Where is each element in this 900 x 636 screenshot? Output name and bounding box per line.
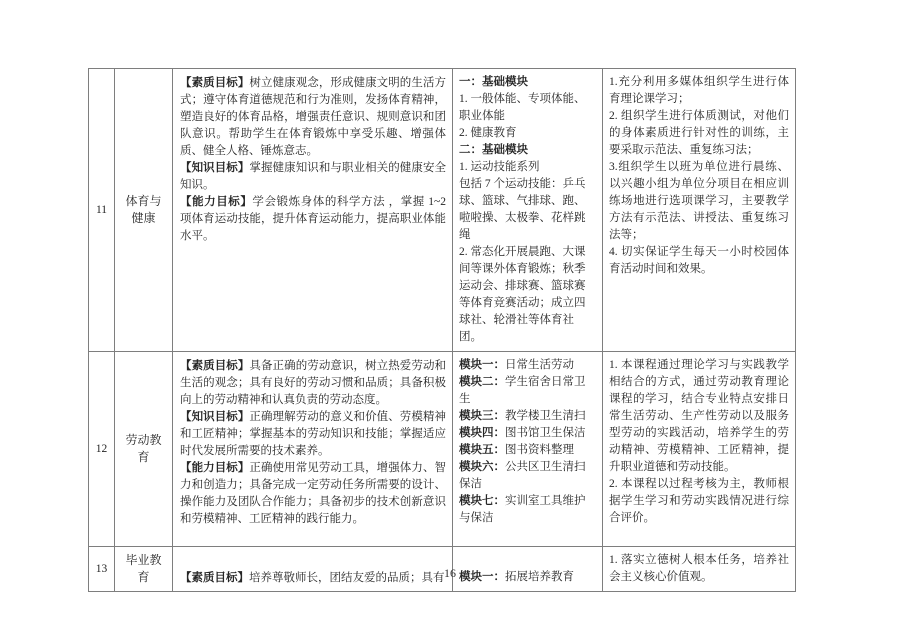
goal-paragraph: 【素质目标】具备正确的劳动意识，树立热爱劳动和生活的观念；具有良好的劳动习惯和品… [180,358,446,409]
methods-cell: 1. 本课程通过理论学习与实践教学相结合的方式，通过劳动教育理论课程的学习，结合… [603,352,796,547]
module-line: 2. 常态化开展晨跑、大课间等课外体育锻炼；秋季运动会、排球赛、篮球赛等体育竞赛… [459,244,596,346]
module-label: 二：基础模块 [459,144,528,156]
module-label: 模块三： [459,410,505,422]
method-paragraph: 1.充分利用多媒体组织学生进行体育理论课学习； [609,74,789,108]
goal-label: 【能力目标】 [180,462,249,474]
methods-cell: 1.充分利用多媒体组织学生进行体育理论课学习； 2. 组织学生进行体质测试，对他… [603,69,796,352]
module-label: 模块七： [459,495,505,507]
goal-paragraph: 【知识目标】掌握健康知识和与职业相关的健康安全知识。 [180,160,446,194]
module-line: 1. 一般体能、专项体能、职业体能 [459,91,596,125]
goal-paragraph: 【能力目标】正确使用常见劳动工具，增强体力、智力和创造力；具备完成一定劳动任务所… [180,460,446,528]
module-line: 1. 运动技能系列 [459,159,596,176]
module-text: 2. 常态化开展晨跑、大课间等课外体育锻炼；秋季运动会、排球赛、篮球赛等体育竞赛… [459,246,586,343]
module-text: 日常生活劳动 [505,359,574,371]
goal-label: 【素质目标】 [180,77,249,89]
module-line: 模块三：教学楼卫生清扫 [459,408,596,425]
goals-cell: 【素质目标】具备正确的劳动意识，树立热爱劳动和生活的观念；具有良好的劳动习惯和品… [173,352,453,547]
module-label: 模块一： [459,359,505,371]
table-row: 11 体育与健康 【素质目标】树立健康观念，形成健康文明的生活方式；遵守体育道德… [89,69,796,352]
method-paragraph: 2. 组织学生进行体质测试，对他们的身体素质进行针对性的训练，主要采取示范法、重… [609,108,789,159]
page-number: 16 [0,566,900,581]
module-line: 模块五：图书资料整理 [459,442,596,459]
module-label: 一：基础模块 [459,76,528,88]
module-label: 模块二： [459,376,505,388]
goals-cell: 【素质目标】树立健康观念，形成健康文明的生活方式；遵守体育道德规范和行为准则，发… [173,69,453,352]
module-text: 1. 运动技能系列 [459,161,540,173]
goal-text: 树立健康观念，形成健康文明的生活方式；遵守体育道德规范和行为准则，发扬体育精神，… [180,77,446,157]
module-label: 模块六： [459,461,505,473]
method-paragraph: 1. 本课程通过理论学习与实践教学相结合的方式，通过劳动教育理论课程的学习，结合… [609,357,789,476]
goal-label: 【能力目标】 [180,196,252,208]
curriculum-table: 11 体育与健康 【素质目标】树立健康观念，形成健康文明的生活方式；遵守体育道德… [88,68,796,592]
module-line: 模块六：公共区卫生清扫保洁 [459,459,596,493]
method-paragraph: 4. 切实保证学生每天一小时校园体育活动时间和效果。 [609,244,789,278]
goal-label: 【知识目标】 [180,411,249,423]
module-text: 图书馆卫生保洁 [505,427,586,439]
module-line: 模块一：日常生活劳动 [459,357,596,374]
course-name-cell: 劳动教育 [115,352,173,547]
goal-label: 【知识目标】 [180,162,249,174]
table-row: 12 劳动教育 【素质目标】具备正确的劳动意识，树立热爱劳动和生活的观念；具有良… [89,352,796,547]
module-line: 包括 7 个运动技能：乒乓球、篮球、气排球、跑、啦啦操、太极拳、花样跳绳 [459,176,596,244]
module-text: 2. 健康教育 [459,127,517,139]
module-text: 1. 一般体能、专项体能、职业体能 [459,93,586,122]
module-label: 模块五： [459,444,505,456]
goal-paragraph: 【素质目标】树立健康观念，形成健康文明的生活方式；遵守体育道德规范和行为准则，发… [180,75,446,160]
row-number-cell: 11 [89,69,115,352]
method-paragraph: 2. 本课程以过程考核为主，教师根据学生学习和劳动实践情况进行综合评价。 [609,476,789,527]
module-line: 一：基础模块 [459,74,596,91]
module-text: 图书资料整理 [505,444,574,456]
module-text: 教学楼卫生清扫 [505,410,586,422]
goal-label: 【素质目标】 [180,360,249,372]
course-name-cell: 体育与健康 [115,69,173,352]
method-paragraph: 3.组织学生以班为单位进行晨练、以兴趣小组为单位分项目在相应训练场地进行选项课学… [609,159,789,244]
row-number-cell: 12 [89,352,115,547]
goal-paragraph: 【能力目标】学会锻炼身体的科学方法 ，掌握 1~2 项体育运动技能，提升体育运动… [180,194,446,245]
module-line: 二：基础模块 [459,142,596,159]
module-line: 模块二：学生宿舍日常卫生 [459,374,596,408]
modules-cell: 模块一：日常生活劳动 模块二：学生宿舍日常卫生 模块三：教学楼卫生清扫 模块四：… [453,352,603,547]
modules-cell: 一：基础模块 1. 一般体能、专项体能、职业体能 2. 健康教育 二：基础模块 … [453,69,603,352]
module-line: 模块四：图书馆卫生保洁 [459,425,596,442]
module-label: 模块四： [459,427,505,439]
module-text: 包括 7 个运动技能：乒乓球、篮球、气排球、跑、啦啦操、太极拳、花样跳绳 [459,178,586,241]
module-line: 模块七：实训室工具维护与保洁 [459,493,596,527]
goal-paragraph: 【知识目标】正确理解劳动的意义和价值、劳模精神和工匠精神；掌握基本的劳动知识和技… [180,409,446,460]
module-line: 2. 健康教育 [459,125,596,142]
